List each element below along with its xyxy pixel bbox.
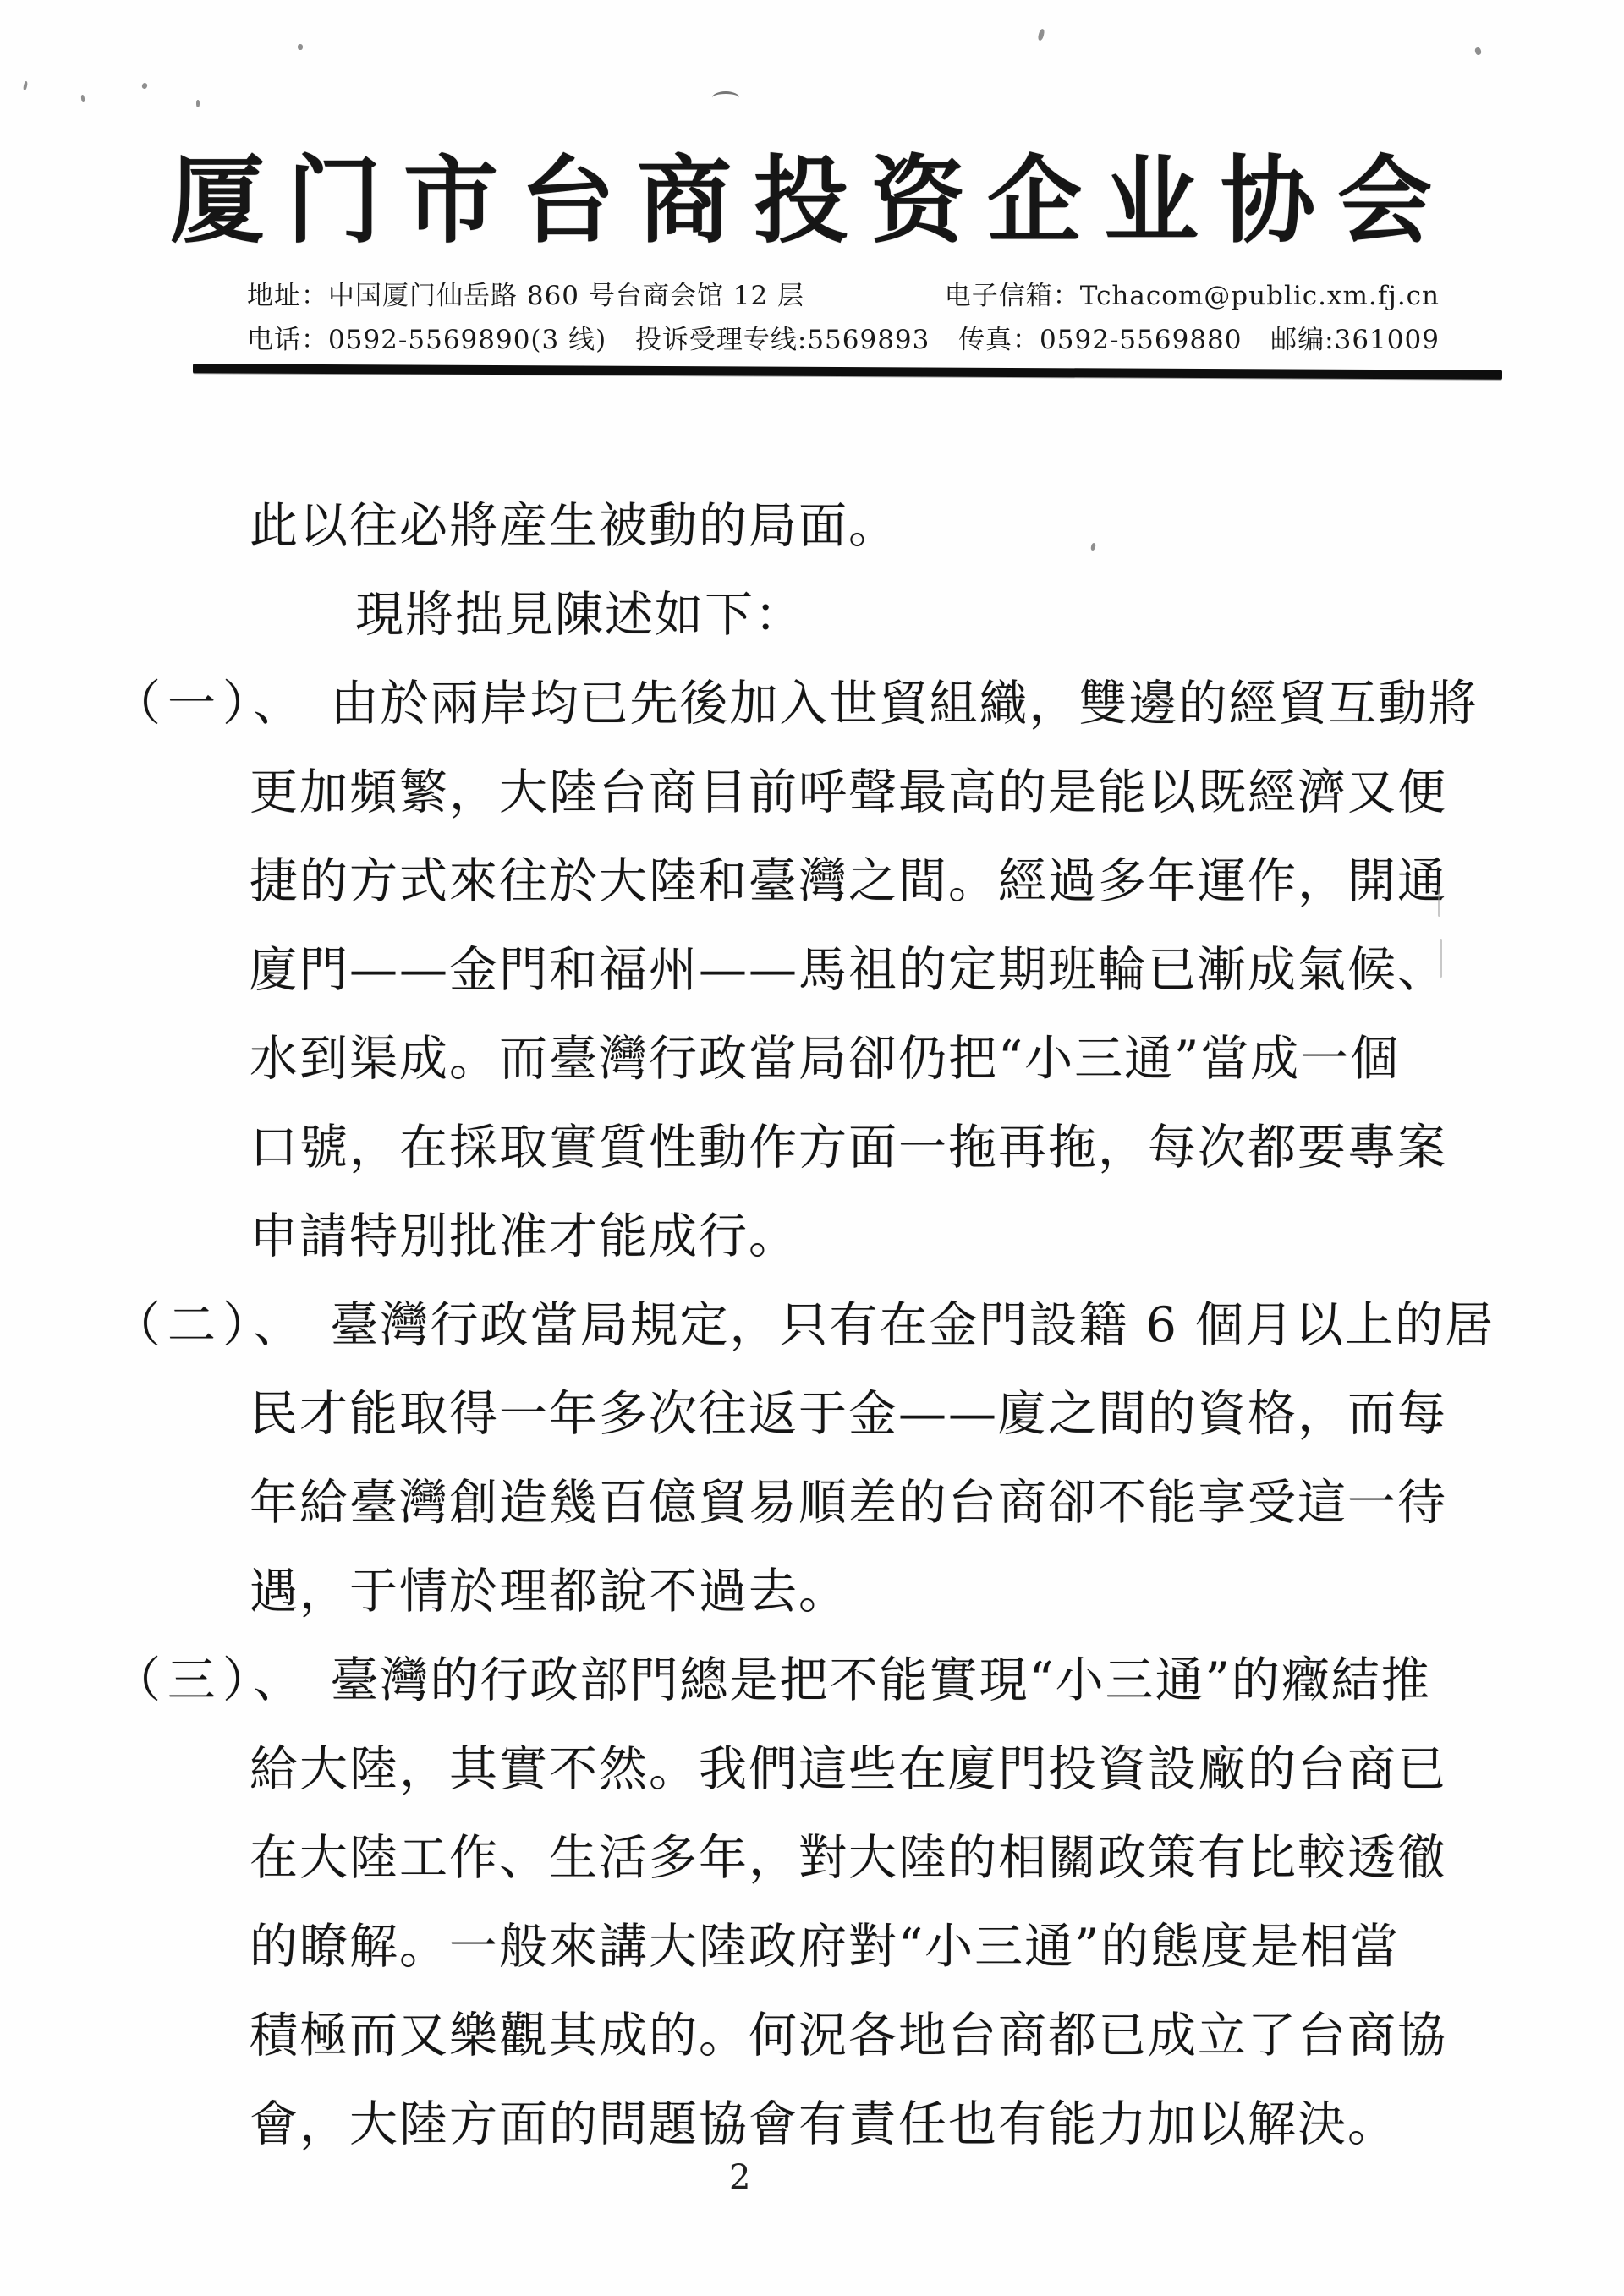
line-text: 由於兩岸均已先後加入世貿組織，雙邊的經貿互動將 (331, 676, 1479, 732)
scan-noise-speck (80, 95, 85, 102)
scan-noise-speck (1037, 28, 1045, 41)
text-line: （三）、臺灣的行政部門總是把不能實現“小三通”的癥結推 (112, 1636, 1510, 1725)
text-line: （一）、由於兩岸均已先後加入世貿組織，雙邊的經貿互動將 (112, 660, 1510, 748)
letterhead-contact-block: 地址：中国厦门仙岳路 860 号台商会馆 12 层 电子信箱：Tchacom@p… (247, 271, 1440, 359)
letterhead-divider-rule (193, 364, 1502, 380)
text-line: 更加頻繁，大陸台商目前呼聲最高的是能以既經濟又便 (250, 748, 1510, 837)
line-text: 口號，在採取實質性動作方面一拖再拖，每次都要專案 (250, 1120, 1447, 1175)
text-line: 水到渠成。而臺灣行政當局卻仍把“小三通”當成一個 (250, 1015, 1510, 1104)
scan-noise-speck (23, 81, 28, 91)
line-text: 更加頻繁，大陸台商目前呼聲最高的是能以既經濟又便 (250, 764, 1447, 820)
scan-noise-speck (196, 100, 200, 107)
text-line: 此以往必將産生被動的局面。 (250, 482, 1510, 571)
address-text: 地址：中国厦门仙岳路 860 号台商会馆 12 层 (247, 274, 804, 312)
text-line: 會，大陸方面的問題協會有責任也有能力加以解決。 (250, 2080, 1510, 2169)
line-text: 現將拙見陳述如下： (355, 587, 804, 643)
text-line: 廈門——金門和福州——馬祖的定期班輪已漸成氣候、 (250, 926, 1510, 1015)
postcode-text: 邮编:361009 (1270, 318, 1440, 356)
text-line: 口號，在採取實質性動作方面一拖再拖，每次都要專案 (250, 1104, 1510, 1192)
line-text: 年給臺灣創造幾百億貿易順差的台商卻不能享受這一待 (250, 1475, 1447, 1531)
document-body: 此以往必將産生被動的局面。現將拙見陳述如下：（一）、由於兩岸均已先後加入世貿組織… (250, 482, 1510, 2169)
text-line: 民才能取得一年多次往返于金——廈之間的資格，而每 (250, 1370, 1510, 1459)
fax-text: 传真：0592-5569880 (958, 318, 1242, 356)
text-line: 捷的方式來往於大陸和臺灣之間。經過多年運作，開通 (250, 837, 1510, 926)
hotline-text: 投诉受理专线:5569893 (635, 318, 930, 356)
line-text: 會，大陸方面的問題協會有責任也有能力加以解決。 (250, 2096, 1397, 2152)
text-line: 積極而又樂觀其成的。何況各地台商都已成立了台商協 (250, 1992, 1510, 2080)
scan-noise-arc (712, 91, 739, 104)
text-line: 申請特別批准才能成行。 (250, 1192, 1510, 1281)
page-number: 2 (729, 2158, 750, 2197)
line-text: 水到渠成。而臺灣行政當局卻仍把“小三通”當成一個 (250, 1031, 1400, 1087)
line-text: 捷的方式來往於大陸和臺灣之間。經過多年運作，開通 (250, 853, 1447, 909)
text-line: 的瞭解。一般來講大陸政府對“小三通”的態度是相當 (250, 1903, 1510, 1992)
line-text: 給大陸，其實不然。我們這些在廈門投資設廠的台商已 (250, 1741, 1447, 1797)
scan-noise-streak (1438, 886, 1440, 917)
line-text: 此以往必將産生被動的局面。 (250, 498, 898, 554)
line-text: 在大陸工作、生活多年，對大陸的相關政策有比較透徹 (250, 1830, 1447, 1886)
line-text: 的瞭解。一般來講大陸政府對“小三通”的態度是相當 (250, 1919, 1400, 1975)
text-line: 年給臺灣創造幾百億貿易順差的台商卻不能享受這一待 (250, 1459, 1510, 1548)
text-line: （二）、臺灣行政當局規定，只有在金門設籍 6 個月以上的居 (112, 1281, 1510, 1370)
line-text: 申請特別批准才能成行。 (250, 1208, 798, 1264)
line-text: 臺灣行政當局規定，只有在金門設籍 6 個月以上的居 (331, 1297, 1495, 1353)
contact-row-address: 地址：中国厦门仙岳路 860 号台商会馆 12 层 电子信箱：Tchacom@p… (247, 271, 1440, 315)
list-item-marker: （二）、 (112, 1297, 309, 1353)
scanned-letter-page: 厦门市台商投资企业协会 地址：中国厦门仙岳路 860 号台商会馆 12 层 电子… (0, 0, 1624, 2296)
list-item-marker: （一）、 (112, 676, 309, 732)
line-text: 廈門——金門和福州——馬祖的定期班輪已漸成氣候、 (250, 942, 1447, 998)
scan-noise-speck (141, 82, 148, 90)
line-text: 民才能取得一年多次往返于金——廈之間的資格，而每 (250, 1386, 1447, 1442)
organization-title: 厦门市台商投资企业协会 (0, 125, 1624, 261)
phone-text: 电话：0592-5569890(3 线) (247, 318, 606, 356)
text-line: 在大陸工作、生活多年，對大陸的相關政策有比較透徹 (250, 1814, 1510, 1903)
scan-noise-speck (1474, 47, 1482, 56)
scan-noise-speck (298, 44, 303, 50)
text-line: 現將拙見陳述如下： (355, 571, 1510, 660)
line-text: 積極而又樂觀其成的。何況各地台商都已成立了台商協 (250, 2008, 1447, 2063)
scan-noise-streak (1440, 939, 1442, 978)
line-text: 臺灣的行政部門總是把不能實現“小三通”的癥結推 (331, 1652, 1431, 1708)
list-item-marker: （三）、 (112, 1652, 309, 1708)
contact-row-phone: 电话：0592-5569890(3 线) 投诉受理专线:5569893 传真：0… (247, 315, 1440, 359)
text-line: 遇，于情於理都說不過去。 (250, 1548, 1510, 1636)
text-line: 給大陸，其實不然。我們這些在廈門投資設廠的台商已 (250, 1725, 1510, 1814)
email-text: 电子信箱：Tchacom@public.xm.fj.cn (945, 274, 1440, 312)
line-text: 遇，于情於理都說不過去。 (250, 1564, 848, 1619)
